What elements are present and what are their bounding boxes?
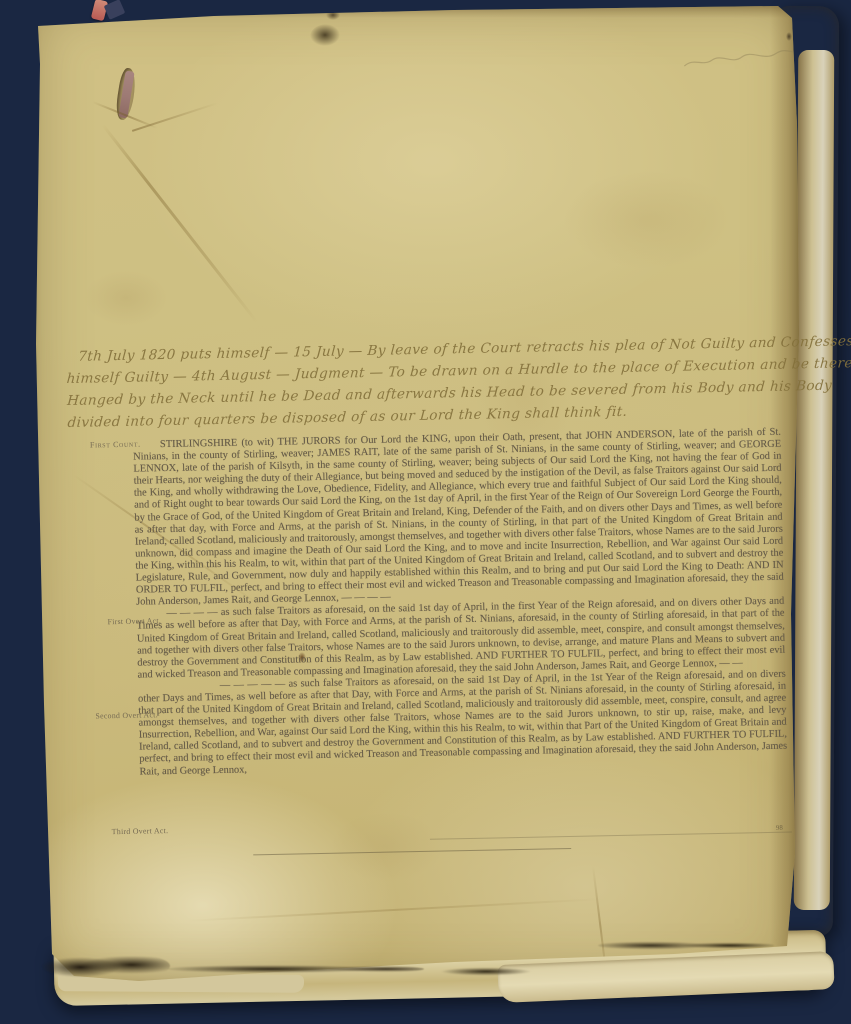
margin-note-third-overt-act: Third Overt Act. (112, 826, 169, 836)
margin-note-first-overt-act: First Overt Act. (107, 616, 161, 626)
page-edge-shading-top (34, 4, 800, 18)
indictment-paragraph: STIRLINGSHIRE (to wit) THE JURORS for Ou… (133, 427, 784, 609)
ink-stain (310, 24, 340, 46)
handwritten-annotation: 7th July 1820 puts himself — 15 July — B… (66, 332, 782, 434)
indictment-paragraph: — — — — — as such false Traitors as afor… (138, 668, 788, 778)
paper-crease (184, 898, 604, 922)
printed-indictment-text: STIRLINGSHIRE (to wit) THE JURORS for Ou… (133, 427, 788, 779)
indictment-paragraph: — — — — as such false Traitors as afores… (136, 596, 785, 682)
paper-crease (102, 124, 258, 323)
paper-crease (132, 102, 218, 132)
document-text-block: 7th July 1820 puts himself — 15 July — B… (66, 332, 789, 780)
margin-note-second-overt-act: Second Overt Act. (95, 710, 158, 720)
under-pages-right-edge-2 (794, 50, 835, 910)
margin-note-first-count: First Count. (90, 440, 141, 450)
press-figure-mark: 98 (776, 824, 783, 832)
photo-background: 7th July 1820 puts himself — 15 July — B… (0, 0, 851, 1024)
